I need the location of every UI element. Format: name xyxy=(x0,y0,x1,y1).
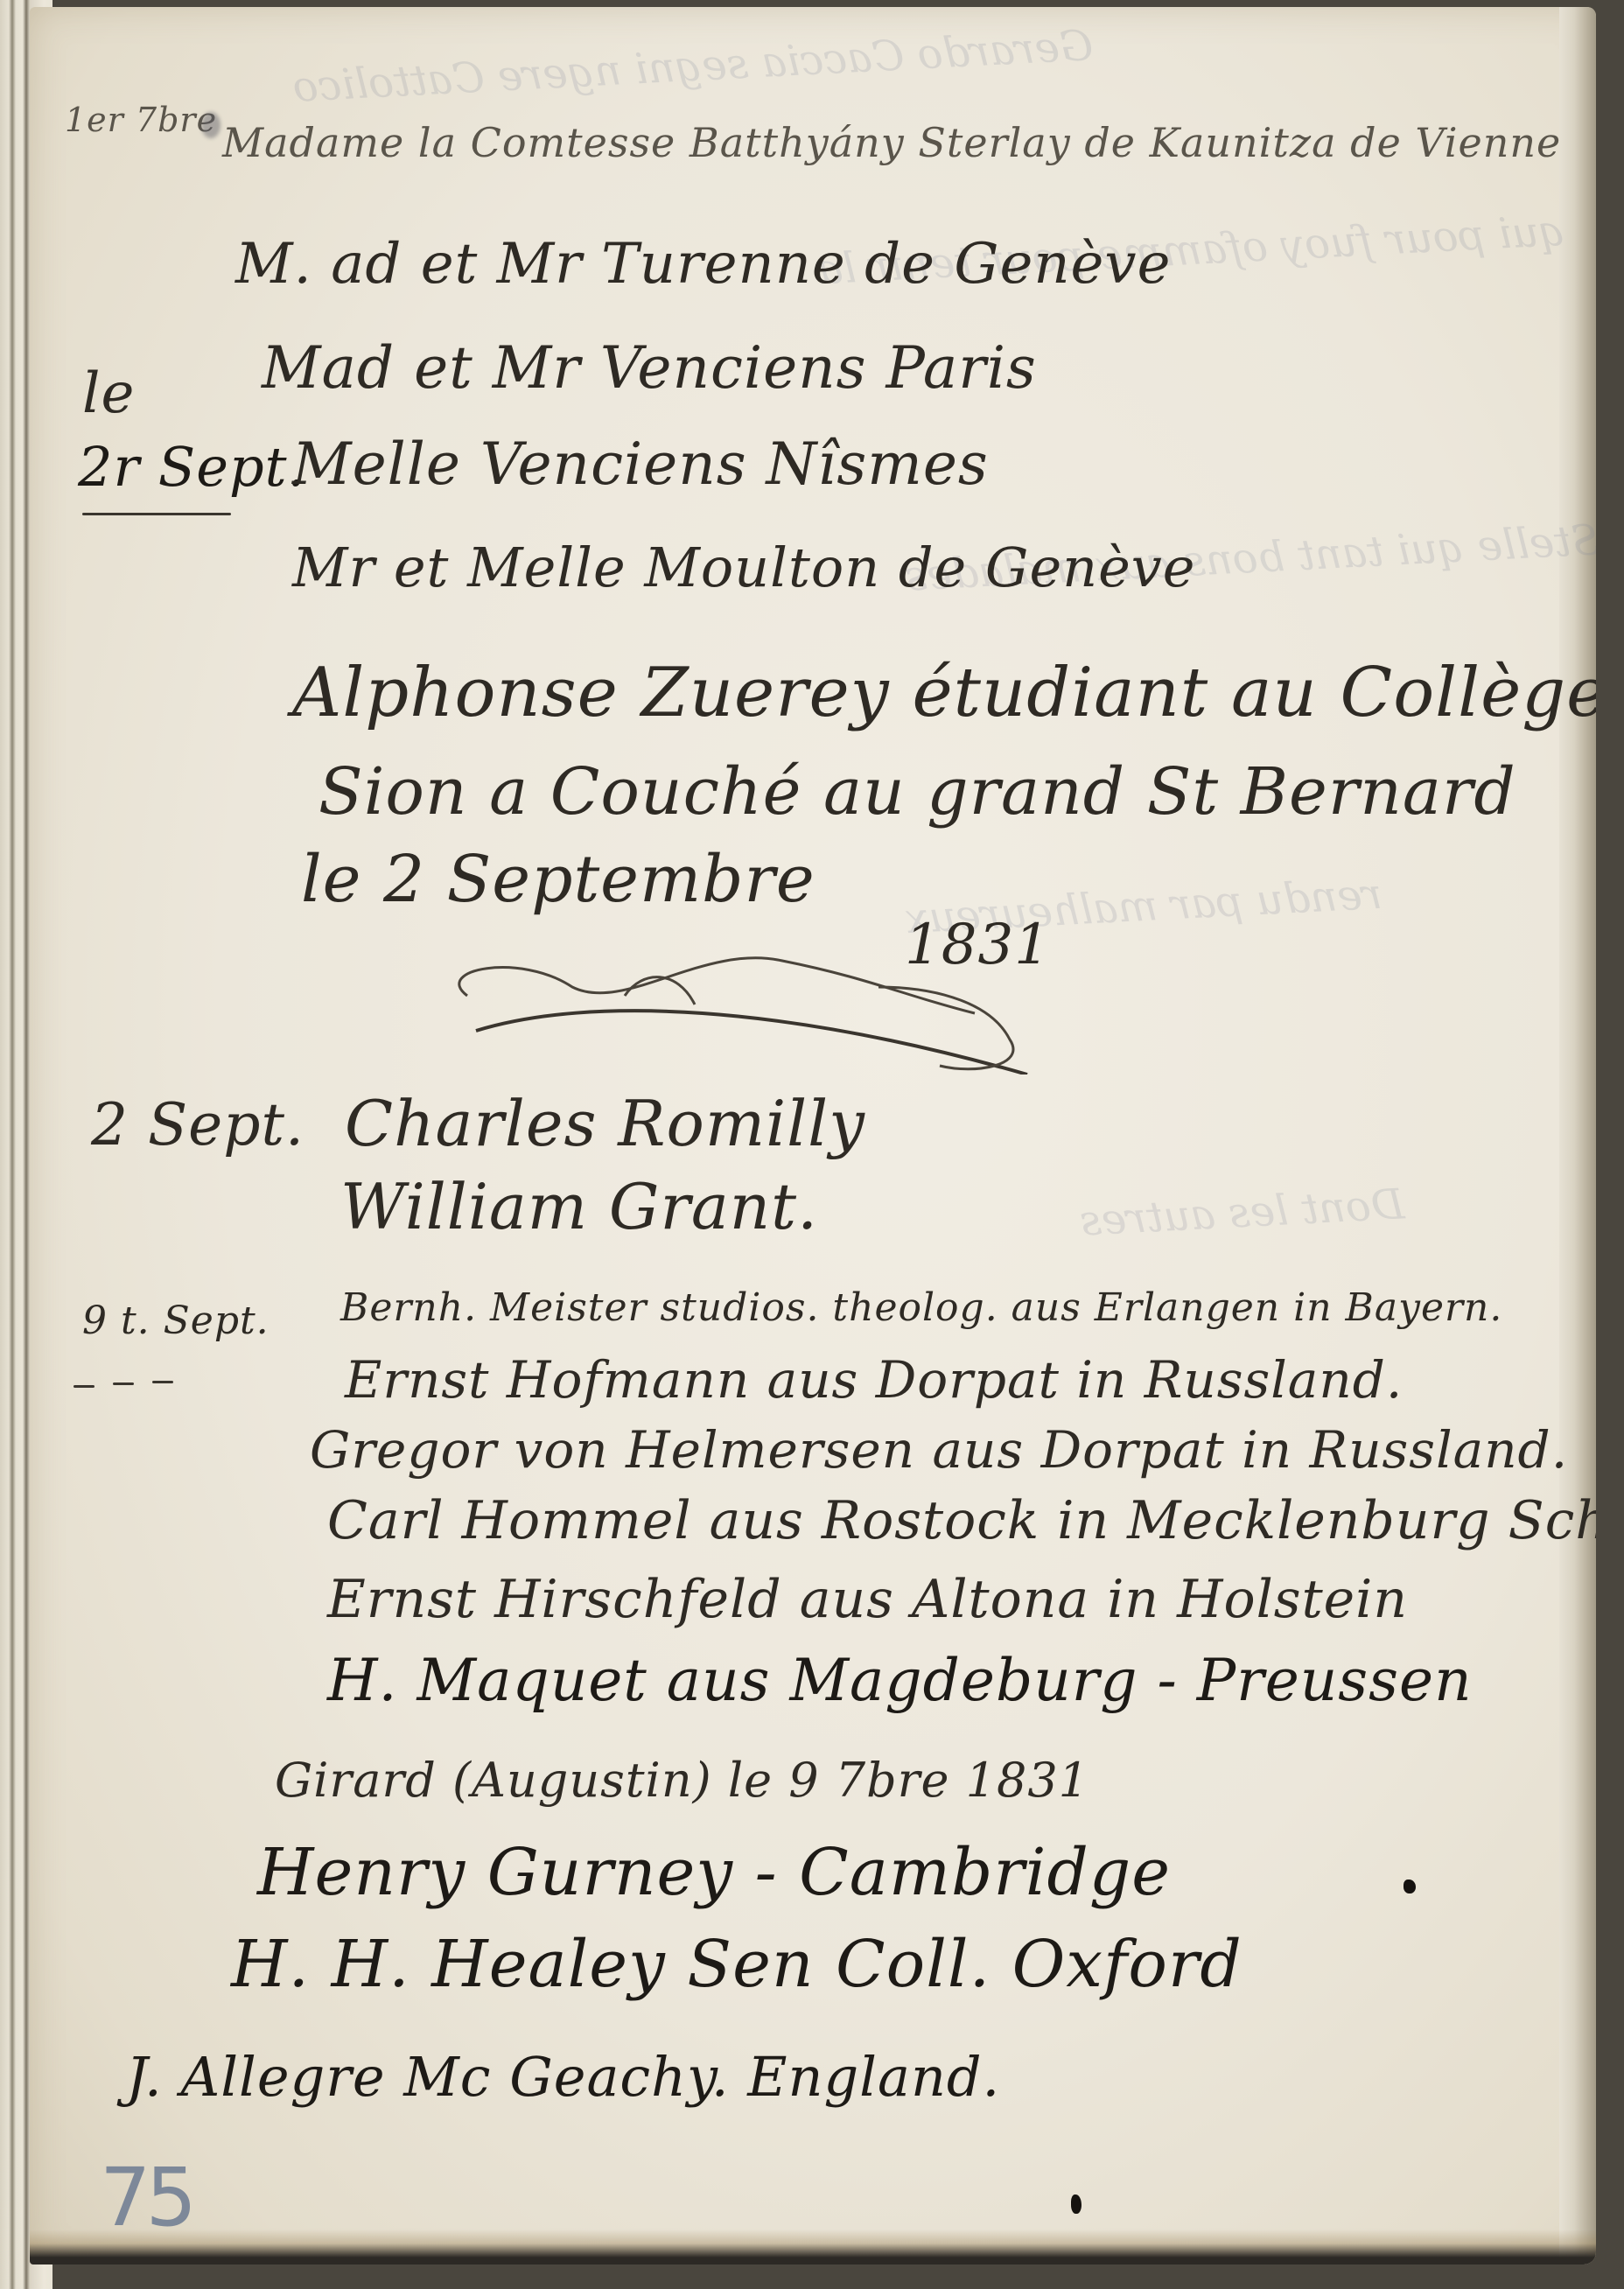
margin-date-top: le xyxy=(82,366,135,422)
entry-line: Charles Romilly xyxy=(345,1092,865,1155)
margin-dash xyxy=(73,1385,94,1388)
entry-line: le 2 Septembre xyxy=(301,847,815,912)
margin-date: 1er 7bre xyxy=(65,103,217,136)
entry-line: J. Allegre Mc Geachy. England. xyxy=(126,2050,1000,2104)
ink-blot xyxy=(1403,1879,1416,1893)
entry-line: M. ad et Mr Turenne de Genève xyxy=(235,236,1171,292)
entry-line: Ernst Hofmann aus Dorpat in Russland. xyxy=(345,1354,1403,1405)
entry-line: Girard (Augustin) le 9 7bre 1831 xyxy=(275,1757,1089,1804)
entry-line: William Grant. xyxy=(340,1175,818,1238)
entry-line: Madame la Comtesse Batthyány Sterlay de … xyxy=(222,122,1561,163)
margin-dash xyxy=(152,1381,173,1383)
entry-line: Alphonse Zuerey étudiant au Collège de xyxy=(292,659,1596,727)
bleed-through-text: Gerardo Caccia segni ngere Cattolico xyxy=(291,21,1094,112)
page-bottom-edge xyxy=(30,2229,1596,2264)
entry-line: Melle Venciens Nîsmes xyxy=(292,436,989,493)
ink-blot xyxy=(1071,2194,1081,2214)
entry-line: Mr et Melle Moulton de Genève xyxy=(292,541,1195,595)
entry-line: Gregor von Helmersen aus Dorpat in Russl… xyxy=(310,1424,1568,1475)
entry-line: H. H. Healey Sen Coll. Oxford xyxy=(231,1932,1242,1997)
bleed-through-text: Dont les autres xyxy=(1079,1179,1406,1245)
entry-line: Mad et Mr Venciens Paris xyxy=(262,339,1037,397)
margin-date: 9 t. Sept. xyxy=(82,1302,269,1340)
pencil-smudge xyxy=(201,112,220,138)
register-page: Gerardo Caccia segni ngere Cattolico qui… xyxy=(30,7,1596,2264)
entry-line: Sion a Couché au grand St Bernard xyxy=(318,759,1516,824)
margin-underline xyxy=(82,513,231,515)
page-edge-right xyxy=(1559,7,1596,2264)
entry-line: H. Maquet aus Magdeburg - Preussen xyxy=(327,1652,1473,1710)
margin-date-bottom: 2r Sept. xyxy=(78,440,305,494)
margin-dash xyxy=(113,1382,134,1385)
entry-line: Carl Hommel aus Rostock in Mecklenburg S… xyxy=(327,1494,1596,1547)
margin-date-text: 1er 7bre xyxy=(65,101,217,139)
manuscript-scan: Gerardo Caccia segni ngere Cattolico qui… xyxy=(0,0,1624,2289)
decorative-flourish xyxy=(415,934,1132,1074)
entry-line: Henry Gurney - Cambridge xyxy=(257,1840,1171,1905)
entry-line: Bernh. Meister studios. theolog. aus Erl… xyxy=(340,1289,1502,1327)
entry-line: Ernst Hirschfeld aus Altona in Holstein xyxy=(327,1573,1408,1626)
margin-date: 2 Sept. xyxy=(91,1096,304,1154)
